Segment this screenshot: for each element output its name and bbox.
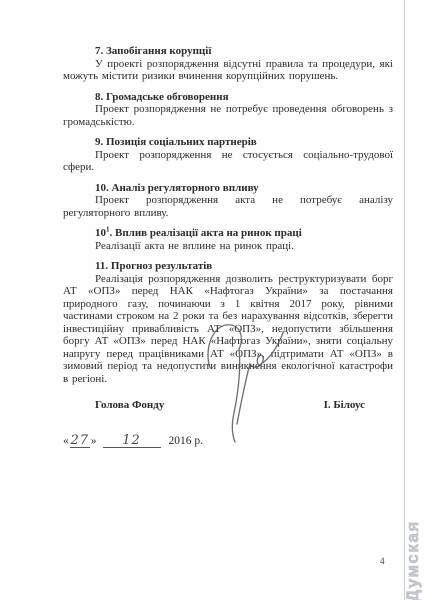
section-number: 10 bbox=[95, 227, 106, 239]
section-body: Проект розпорядження не стосується соціа… bbox=[63, 149, 393, 174]
open-guillemet: « bbox=[63, 435, 69, 447]
section-heading: 7. Запобігання корупції bbox=[63, 45, 393, 58]
signer-name: І. Білоус bbox=[324, 399, 365, 412]
year-text: 2016 р. bbox=[169, 435, 204, 447]
document-content: 7. Запобігання корупції У проекті розпор… bbox=[63, 45, 393, 448]
section-8: 8. Громадське обговорення Проект розпоря… bbox=[63, 91, 393, 129]
handwritten-day: 27 bbox=[70, 435, 90, 449]
scan-page-edge bbox=[404, 0, 405, 600]
document-page: 7. Запобігання корупції У проекті розпор… bbox=[0, 0, 425, 600]
section-title: Громадське обговорення bbox=[103, 91, 228, 103]
section-number: 9. bbox=[95, 136, 103, 148]
section-body: Проект розпорядження не потребує проведе… bbox=[63, 103, 393, 128]
section-number: 10. bbox=[95, 182, 109, 194]
section-body: У проекті розпорядження відсутні правила… bbox=[63, 58, 393, 83]
section-title: Запобігання корупції bbox=[103, 45, 211, 57]
section-10-1: 101. Вплив реалізації акта на ринок прац… bbox=[63, 227, 393, 252]
section-11: 11. Прогноз результатів Реалізація розпо… bbox=[63, 260, 393, 385]
section-title: Позиція соціальних партнерів bbox=[103, 136, 257, 148]
section-body: Реалізація розпорядження дозволить рестр… bbox=[63, 273, 393, 386]
section-body: Проект розпорядження акта не потребує ан… bbox=[63, 194, 393, 219]
page-number: 4 bbox=[380, 556, 385, 566]
section-title: . Вплив реалізації акта на ринок праці bbox=[110, 227, 302, 239]
signature-row: Голова Фонду І. Білоус bbox=[63, 399, 393, 412]
close-guillemet: » bbox=[91, 435, 97, 447]
section-heading: 11. Прогноз результатів bbox=[63, 260, 393, 273]
section-9: 9. Позиція соціальних партнерів Проект р… bbox=[63, 136, 393, 174]
section-7: 7. Запобігання корупції У проекті розпор… bbox=[63, 45, 393, 83]
section-heading: 9. Позиція соціальних партнерів bbox=[63, 136, 393, 149]
watermark-dumskaya: Думская bbox=[403, 520, 423, 600]
section-heading: 10. Аналіз регуляторного впливу bbox=[63, 182, 393, 195]
section-number: 11. bbox=[95, 260, 108, 272]
section-10: 10. Аналіз регуляторного впливу Проект р… bbox=[63, 182, 393, 220]
section-body: Реалізації акта не вплине на ринок праці… bbox=[63, 240, 393, 253]
date-line: «27»122016 р. bbox=[63, 435, 393, 449]
handwritten-month: 12 bbox=[103, 435, 161, 449]
section-number: 8. bbox=[95, 91, 103, 103]
section-heading: 101. Вплив реалізації акта на ринок прац… bbox=[63, 227, 393, 240]
section-heading: 8. Громадське обговорення bbox=[63, 91, 393, 104]
section-title: Аналіз регуляторного впливу bbox=[109, 182, 259, 194]
section-title: Прогноз результатів bbox=[108, 260, 212, 272]
signer-role: Голова Фонду bbox=[95, 399, 164, 412]
section-number: 7. bbox=[95, 45, 103, 57]
